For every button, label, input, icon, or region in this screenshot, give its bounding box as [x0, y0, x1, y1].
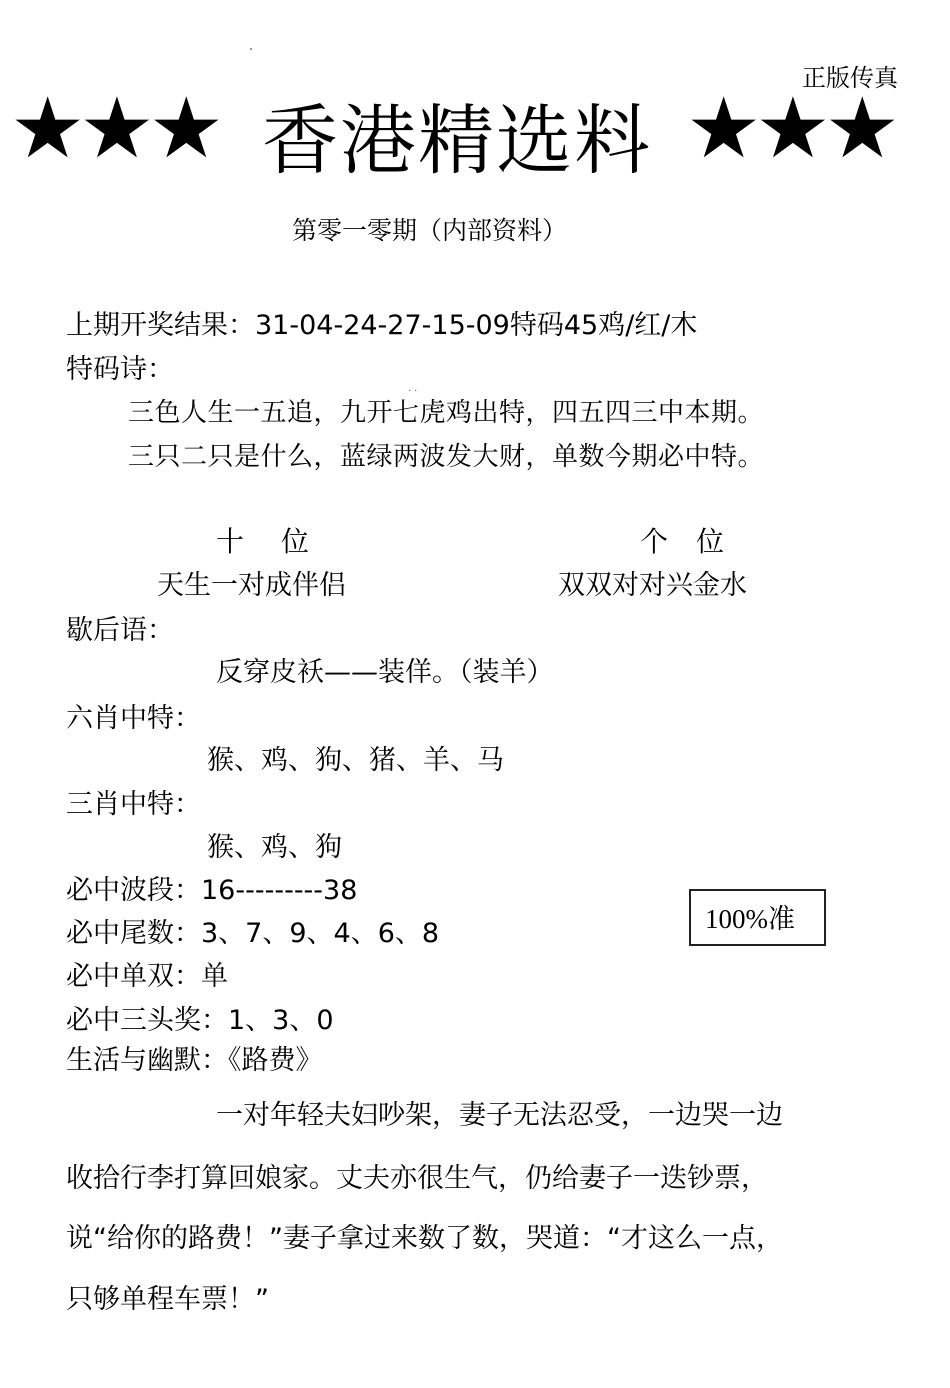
pick-value: 16---------38: [201, 875, 357, 906]
riddle-text: 反穿皮袄——装佯。（装羊）: [216, 656, 554, 690]
story-line-3: 说“给你的路费！”妻子拿过来数了数，哭道：“才这么一点，: [66, 1222, 783, 1256]
last-result-numbers: 31-04-24-27-15-09: [255, 310, 510, 341]
riddle-label: 歇后语：: [66, 614, 174, 648]
pick-odd-even: 必中单双：单: [66, 960, 228, 994]
poem-line-1: 三色人生一五追，九开七虎鸡出特，四五四三中本期。: [128, 396, 764, 430]
pick-label: 必中单双：: [66, 961, 201, 992]
pick-value: 1、3、0: [228, 1005, 334, 1036]
star-icon-group-left: ★★★: [10, 86, 218, 170]
ones-heading: 个 位: [640, 525, 724, 559]
pick-value: 单: [201, 961, 228, 992]
pick-head-numbers: 必中三头奖：1、3、0: [66, 1004, 334, 1038]
humor-heading: 生活与幽默：《路费》: [66, 1044, 323, 1078]
story-line-2: 收拾行李打算回娘家。丈夫亦很生气，仍给妻子一迭钞票，: [66, 1162, 768, 1196]
six-zodiac-value: 猴、鸡、狗、猪、羊、马: [207, 744, 504, 778]
pick-tail-numbers: 必中尾数：3、7、9、4、6、8: [66, 917, 439, 951]
accuracy-badge: 100%准: [689, 889, 826, 946]
pick-wave-range: 必中波段：16---------38: [66, 874, 357, 908]
poem-label: 特码诗：: [66, 353, 174, 387]
issue-subtitle: 第零一零期（内部资料）: [292, 211, 567, 247]
tens-heading: 十 位: [216, 525, 309, 559]
last-result-special: 特码45鸡/红/木: [510, 310, 698, 341]
pick-value: 3、7、9、4、6、8: [201, 918, 439, 949]
three-zodiac-value: 猴、鸡、狗: [207, 831, 342, 865]
pick-label: 必中尾数：: [66, 918, 201, 949]
last-result-line: 上期开奖结果：31-04-24-27-15-09特码45鸡/红/木: [66, 309, 697, 343]
tens-text: 天生一对成伴侣: [157, 569, 346, 603]
story-line-1: 一对年轻夫妇吵架，妻子无法忍受，一边哭一边: [216, 1099, 783, 1133]
page-title: 香港精选料: [262, 96, 652, 186]
humor-label: 生活与幽默：: [66, 1045, 228, 1076]
six-zodiac-label: 六肖中特：: [66, 702, 201, 736]
last-result-label: 上期开奖结果：: [66, 310, 255, 341]
pick-label: 必中三头奖：: [66, 1005, 228, 1036]
three-zodiac-label: 三肖中特：: [66, 788, 201, 822]
scan-speck: [250, 48, 252, 50]
ones-text: 双双对对兴金水: [558, 569, 747, 603]
poem-line-2: 三只二只是什么，蓝绿两波发大财，单数今期必中特。: [128, 440, 764, 474]
star-icon-group-right: ★★★: [686, 86, 894, 170]
story-line-4: 只够单程车票！”: [66, 1283, 269, 1317]
pick-label: 必中波段：: [66, 875, 201, 906]
humor-title: 《路费》: [228, 1045, 323, 1076]
